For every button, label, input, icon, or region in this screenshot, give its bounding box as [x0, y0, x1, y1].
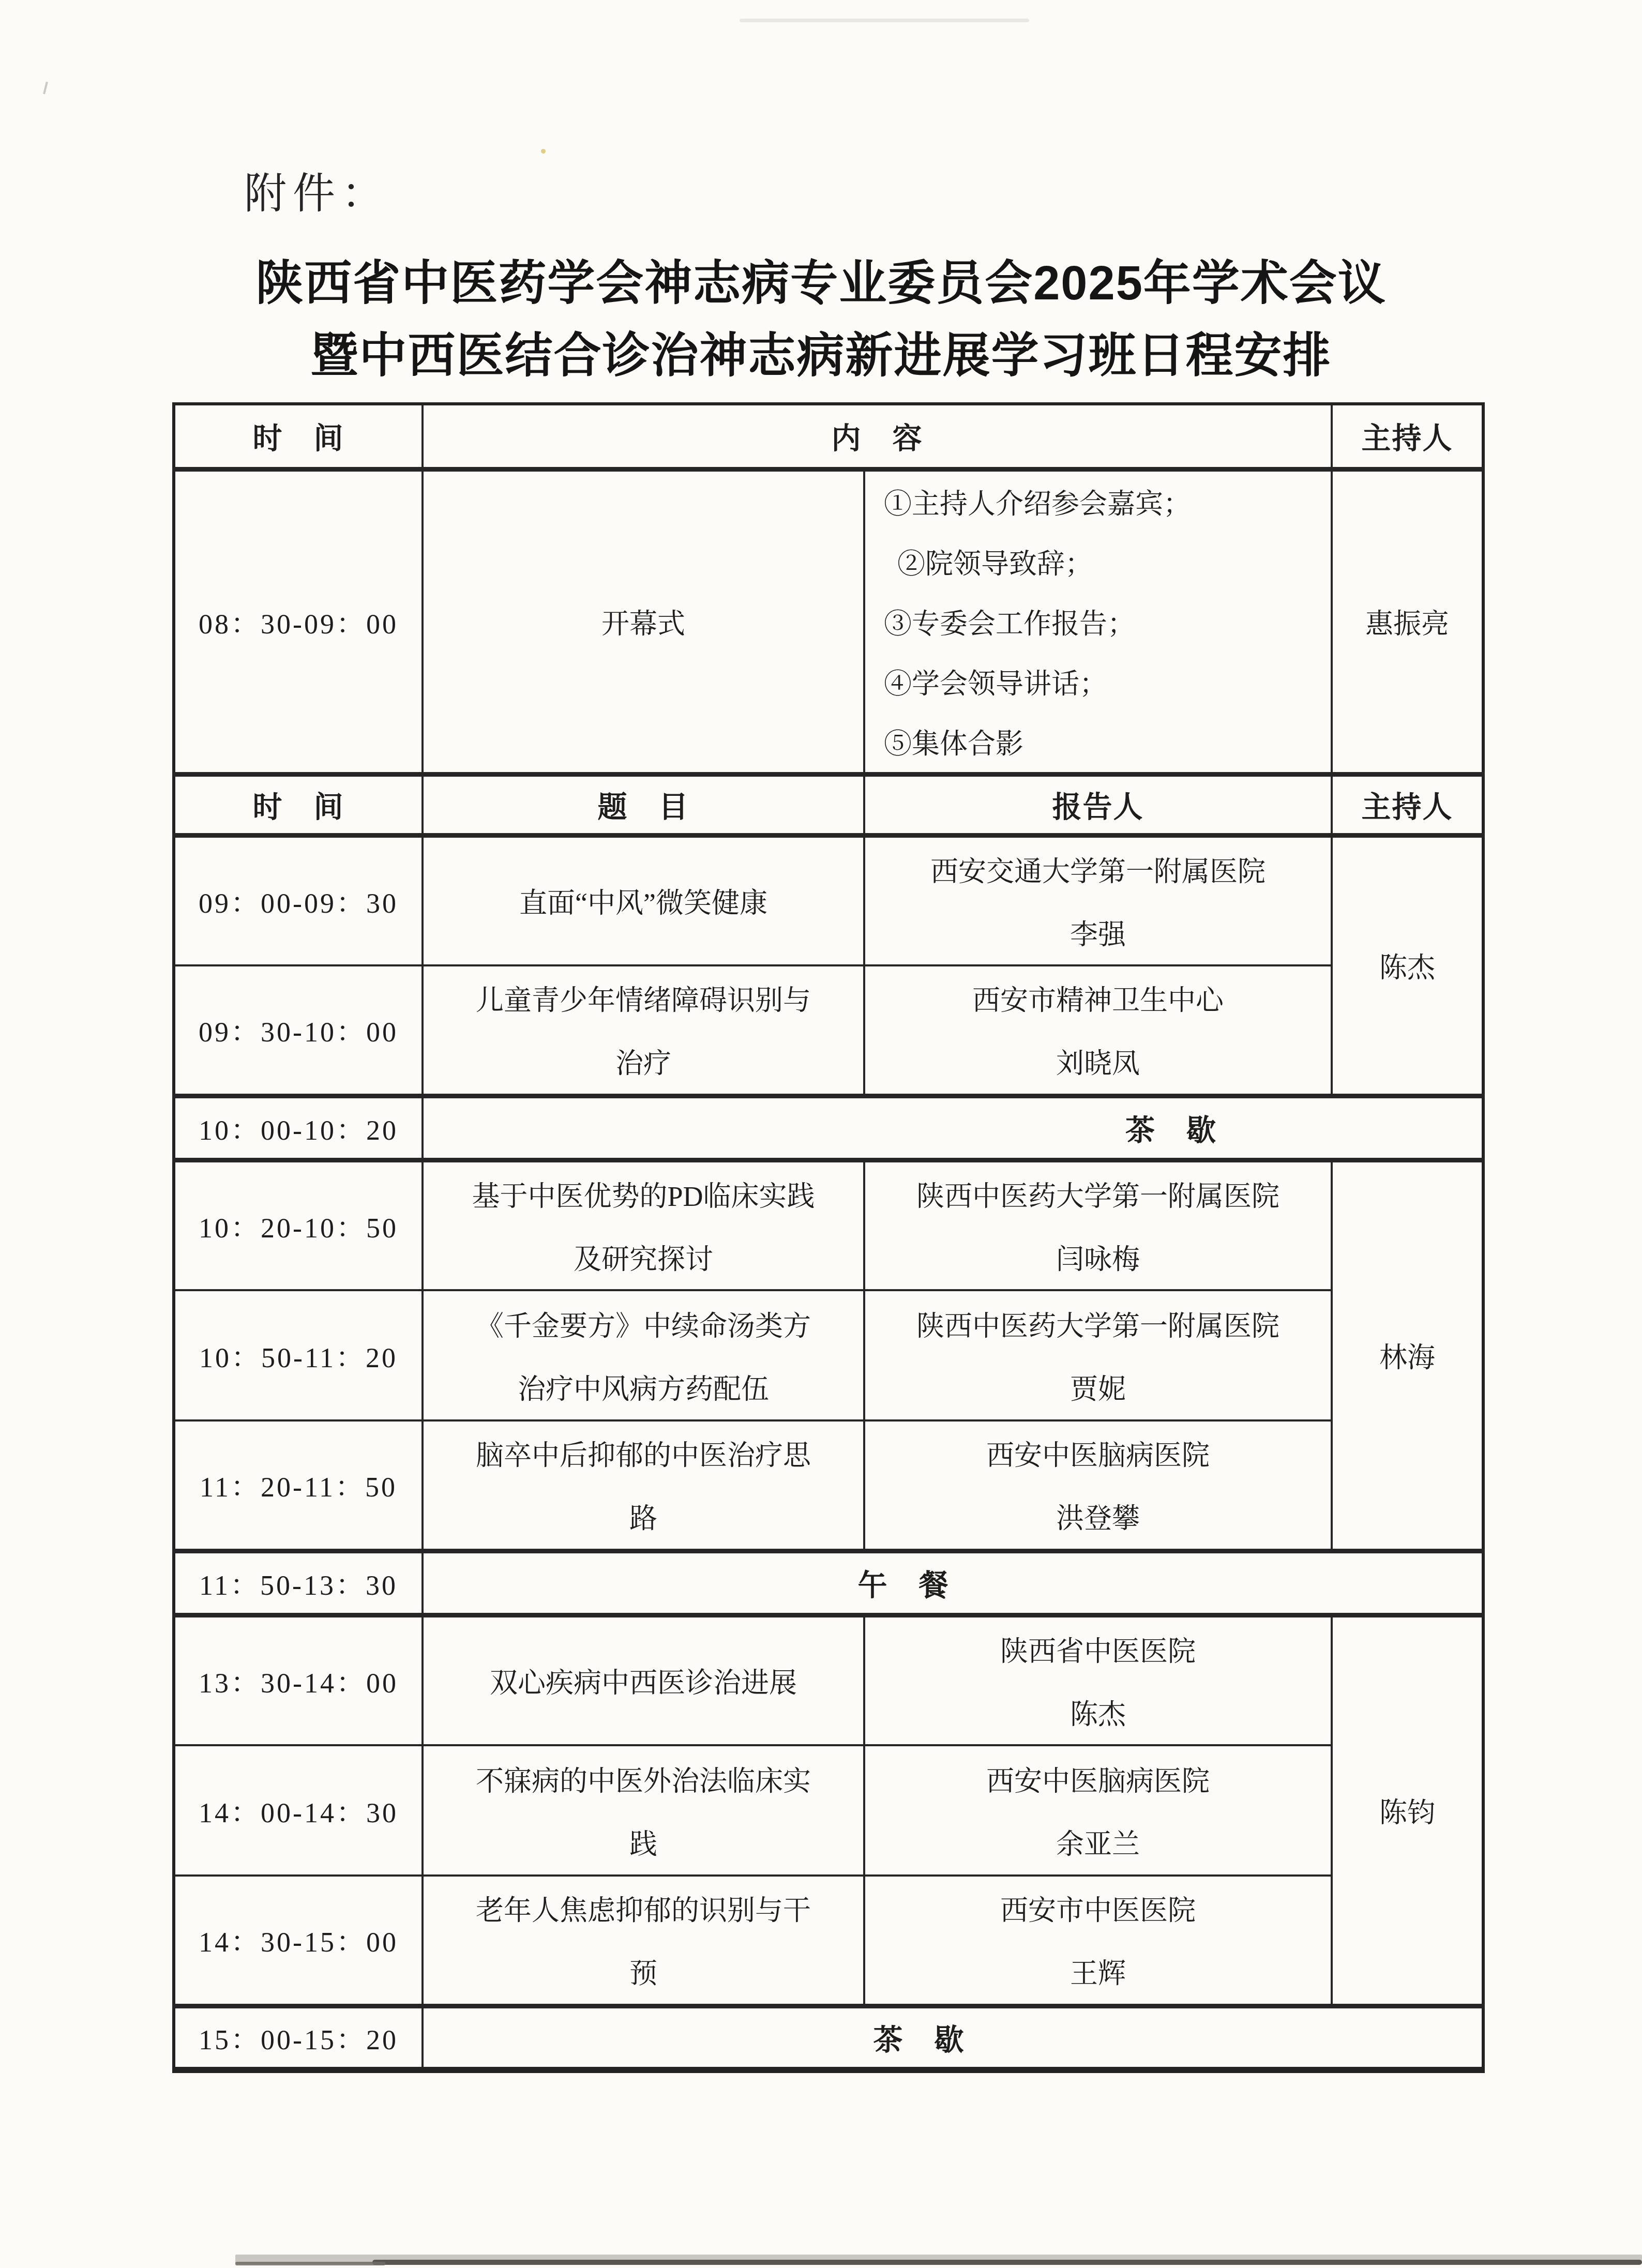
reporter-text: 西安市精神卫生中心刘晓凤	[865, 967, 1331, 1093]
opening-title-cell: 开幕式	[423, 469, 864, 774]
topic-line: 治疗中风病方药配伍	[518, 1367, 769, 1407]
reporter-cell: 陕西中医药大学第一附属医院闫咏梅	[864, 1160, 1332, 1290]
reporter-text: 西安交通大学第一附属医院李强	[865, 838, 1331, 964]
opening-content-cell: ①主持人介绍参会嘉宾； ②院领导致辞； ③专委会工作报告； ④学会领导讲话； ⑤…	[864, 469, 1332, 774]
scan-speck	[541, 149, 546, 154]
session-row: 09：30-10：00 儿童青少年情绪障碍识别与治疗 西安市精神卫生中心刘晓凤	[174, 965, 1483, 1096]
break-time-cell: 10：00-10：20	[174, 1096, 423, 1160]
header-time-cell: 时 间	[174, 404, 423, 469]
topic-cell: 《千金要方》中续命汤类方治疗中风病方药配伍	[423, 1290, 864, 1420]
session-row: 14：00-14：30 不寐病的中医外治法临床实践 西安中医脑病医院余亚兰	[174, 1745, 1483, 1876]
reporter-text: 陕西省中医医院陈杰	[865, 1617, 1331, 1744]
header-topic-cell: 题 目	[423, 774, 864, 835]
topic-text: 直面“中风”微笑健康	[424, 838, 863, 964]
reporter-cell: 西安市精神卫生中心刘晓凤	[864, 965, 1332, 1096]
time-cell: 14：30-15：00	[174, 1876, 423, 2006]
tea-break-row: 10：00-10：20 茶 歇	[174, 1096, 1483, 1160]
break-label-cell: 茶 歇	[423, 2006, 1483, 2070]
reporter-name: 贾妮	[1070, 1367, 1126, 1407]
topic-line: 治疗	[615, 1041, 671, 1081]
time-cell: 09：30-10：00	[174, 965, 423, 1096]
reporter-name: 刘晓凤	[1056, 1041, 1140, 1081]
agenda-item-5: ⑤集体合影	[884, 722, 1023, 762]
conference-title-line2: 暨中西医结合诊治神志病新进展学习班日程安排	[0, 320, 1642, 392]
agenda-item-3: ③专委会工作报告；	[884, 602, 1135, 642]
host-cell: 林海	[1332, 1160, 1483, 1551]
agenda-item-1: ①主持人介绍参会嘉宾；	[884, 482, 1191, 522]
reporter-cell: 西安中医脑病医院洪登攀	[864, 1420, 1332, 1551]
reporter-text: 西安中医脑病医院洪登攀	[865, 1422, 1331, 1548]
scan-edge-line	[372, 2260, 1642, 2265]
reporter-org: 西安中医脑病医院	[986, 1759, 1210, 1799]
reporter-org: 陕西省中医医院	[1000, 1629, 1196, 1669]
reporter-cell: 西安市中医医院王辉	[864, 1876, 1332, 2006]
agenda-item-4: ④学会领导讲话；	[884, 662, 1107, 702]
reporter-name: 余亚兰	[1056, 1822, 1140, 1862]
scanned-document-page: { "page": { "attachment_label": "附件：", "…	[0, 0, 1642, 2268]
topic-line: 脑卒中后抑郁的中医治疗思	[476, 1433, 811, 1473]
header-host-cell: 主持人	[1332, 404, 1483, 469]
reporter-name: 王辉	[1070, 1952, 1126, 1991]
session-row: 09：00-09：30 直面“中风”微笑健康 西安交通大学第一附属医院李强 陈杰	[174, 835, 1483, 965]
opening-time-cell: 08：30-09：00	[174, 469, 423, 774]
topic-line: 及研究探讨	[574, 1237, 713, 1277]
reporter-name: 陈杰	[1070, 1692, 1126, 1732]
time-cell: 14：00-14：30	[174, 1745, 423, 1876]
reporter-text: 陕西中医药大学第一附属医院闫咏梅	[865, 1162, 1331, 1289]
reporter-org: 西安中医脑病医院	[986, 1433, 1210, 1473]
topic-cell: 不寐病的中医外治法临床实践	[423, 1745, 864, 1876]
host-cell: 陈杰	[1332, 835, 1483, 1096]
schedule-table: 时 间 内 容 主持人 08：30-09：00 开幕式 ①主持人介绍参会嘉宾； …	[172, 402, 1485, 2073]
session-row: 11：20-11：50 脑卒中后抑郁的中医治疗思路 西安中医脑病医院洪登攀	[174, 1420, 1483, 1551]
topic-text: 脑卒中后抑郁的中医治疗思路	[424, 1422, 863, 1548]
topic-line: 儿童青少年情绪障碍识别与	[476, 978, 811, 1018]
reporter-text: 西安中医脑病医院余亚兰	[865, 1747, 1331, 1873]
header-row-sessions: 时 间 题 目 报告人 主持人	[174, 774, 1483, 835]
topic-cell: 双心疾病中西医诊治进展	[423, 1615, 864, 1745]
reporter-cell: 陕西省中医医院陈杰	[864, 1615, 1332, 1745]
break-time-cell: 11：50-13：30	[174, 1551, 423, 1615]
host-cell: 陈钧	[1332, 1615, 1483, 2006]
opening-host-cell: 惠振亮	[1332, 469, 1483, 774]
session-row: 10：50-11：20 《千金要方》中续命汤类方治疗中风病方药配伍 陕西中医药大…	[174, 1290, 1483, 1420]
opening-ceremony-row: 08：30-09：00 开幕式 ①主持人介绍参会嘉宾； ②院领导致辞； ③专委会…	[174, 469, 1483, 774]
topic-line: 基于中医优势的PD临床实践	[472, 1174, 815, 1214]
header-reporter-cell: 报告人	[864, 774, 1332, 835]
break-time-cell: 15：00-15：20	[174, 2006, 423, 2070]
reporter-org: 陕西中医药大学第一附属医院	[916, 1174, 1279, 1214]
opening-agenda-list: ①主持人介绍参会嘉宾； ②院领导致辞； ③专委会工作报告； ④学会领导讲话； ⑤…	[865, 472, 1331, 772]
reporter-org: 陕西中医药大学第一附属医院	[916, 1304, 1279, 1344]
scan-edge-line	[235, 2262, 385, 2265]
session-row: 10：20-10：50 基于中医优势的PD临床实践及研究探讨 陕西中医药大学第一…	[174, 1160, 1483, 1290]
conference-title: 陕西省中医药学会神志病专业委员会2025年学术会议 暨中西医结合诊治神志病新进展…	[0, 247, 1642, 392]
topic-text: 不寐病的中医外治法临床实践	[424, 1747, 863, 1873]
topic-text: 老年人焦虑抑郁的识别与干预	[424, 1877, 863, 2003]
topic-cell: 基于中医优势的PD临床实践及研究探讨	[423, 1160, 864, 1290]
header-content-cell: 内 容	[423, 404, 1332, 469]
reporter-cell: 西安交通大学第一附属医院李强	[864, 835, 1332, 965]
scan-mark	[43, 82, 48, 94]
reporter-org: 西安市精神卫生中心	[972, 978, 1224, 1018]
topic-text: 双心疾病中西医诊治进展	[424, 1617, 863, 1744]
topic-line: 《千金要方》中续命汤类方	[476, 1304, 811, 1344]
topic-cell: 儿童青少年情绪障碍识别与治疗	[423, 965, 864, 1096]
agenda-item-2: ②院领导致辞；	[884, 542, 1093, 582]
topic-line: 双心疾病中西医诊治进展	[490, 1661, 797, 1701]
reporter-org: 西安交通大学第一附属医院	[930, 850, 1266, 889]
topic-line: 不寐病的中医外治法临床实	[476, 1759, 811, 1799]
session-row: 13：30-14：00 双心疾病中西医诊治进展 陕西省中医医院陈杰 陈钧	[174, 1615, 1483, 1745]
reporter-cell: 西安中医脑病医院余亚兰	[864, 1745, 1332, 1876]
reporter-name: 闫咏梅	[1056, 1237, 1140, 1277]
topic-text: 儿童青少年情绪障碍识别与治疗	[424, 967, 863, 1093]
topic-line: 践	[629, 1822, 657, 1862]
lunch-break-row: 11：50-13：30 午 餐	[174, 1551, 1483, 1615]
time-cell: 09：00-09：30	[174, 835, 423, 965]
time-cell: 10：20-10：50	[174, 1160, 423, 1290]
tea-break-row: 15：00-15：20 茶 歇	[174, 2006, 1483, 2070]
time-cell: 10：50-11：20	[174, 1290, 423, 1420]
header-host-cell-2: 主持人	[1332, 774, 1483, 835]
topic-line: 预	[629, 1952, 657, 1991]
reporter-name: 洪登攀	[1056, 1496, 1140, 1536]
reporter-text: 西安市中医医院王辉	[865, 1877, 1331, 2003]
reporter-name: 李强	[1070, 913, 1126, 952]
conference-title-line1: 陕西省中医药学会神志病专业委员会2025年学术会议	[0, 247, 1642, 320]
scan-smudge	[740, 19, 1029, 22]
break-label-cell: 午 餐	[423, 1551, 1483, 1615]
topic-line: 老年人焦虑抑郁的识别与干	[476, 1888, 811, 1928]
topic-text: 《千金要方》中续命汤类方治疗中风病方药配伍	[424, 1292, 863, 1418]
topic-line: 路	[629, 1496, 657, 1536]
topic-cell: 直面“中风”微笑健康	[423, 835, 864, 965]
break-label-cell: 茶 歇	[423, 1096, 1483, 1160]
time-cell: 11：20-11：50	[174, 1420, 423, 1551]
reporter-cell: 陕西中医药大学第一附属医院贾妮	[864, 1290, 1332, 1420]
header-row-opening: 时 间 内 容 主持人	[174, 404, 1483, 469]
time-cell: 13：30-14：00	[174, 1615, 423, 1745]
reporter-text: 陕西中医药大学第一附属医院贾妮	[865, 1292, 1331, 1418]
header-time-cell-2: 时 间	[174, 774, 423, 835]
attachment-label: 附件：	[244, 171, 390, 217]
reporter-org: 西安市中医医院	[1000, 1888, 1196, 1928]
session-row: 14：30-15：00 老年人焦虑抑郁的识别与干预 西安市中医医院王辉	[174, 1876, 1483, 2006]
topic-text: 基于中医优势的PD临床实践及研究探讨	[424, 1162, 863, 1289]
topic-cell: 老年人焦虑抑郁的识别与干预	[423, 1876, 864, 2006]
topic-line: 直面“中风”微笑健康	[519, 881, 767, 921]
topic-cell: 脑卒中后抑郁的中医治疗思路	[423, 1420, 864, 1551]
